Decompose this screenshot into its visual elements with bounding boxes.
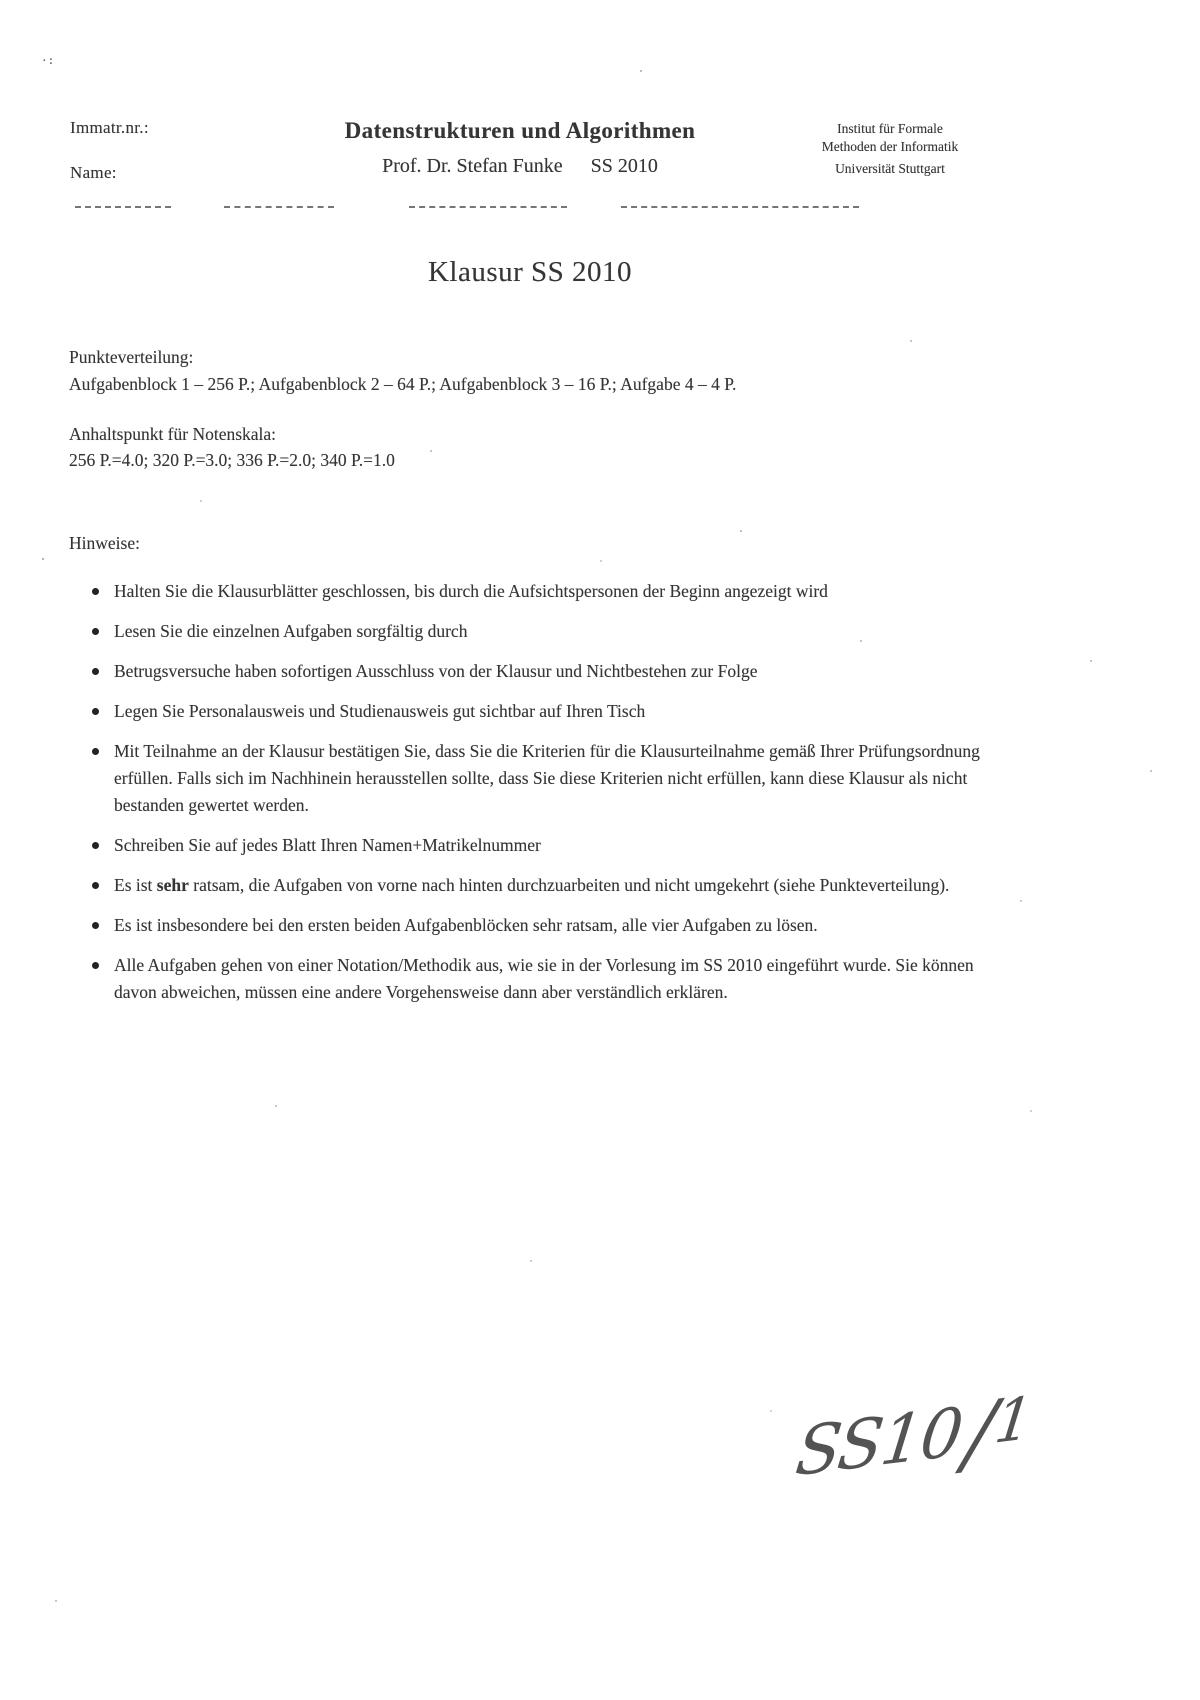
grading-scale-line: 256 P.=4.0; 320 P.=3.0; 336 P.=2.0; 340 … <box>69 447 869 473</box>
page-title: Klausur SS 2010 <box>0 256 1060 289</box>
separator-line-segment <box>621 206 859 208</box>
hints-list: Halten Sie die Klausurblätter geschlosse… <box>88 578 1010 1019</box>
hint-text: Schreiben Sie auf jedes Blatt Ihren Name… <box>114 835 541 855</box>
institute-line-1: Institut für Formale <box>780 120 1000 138</box>
institute-block: Institut für Formale Methoden der Inform… <box>780 120 1000 178</box>
hint-item: Betrugsversuche haben sofortigen Ausschl… <box>88 658 1010 685</box>
scanned-exam-page: ·: Immatr.nr.: Name: Datenstrukturen und… <box>0 0 1200 1700</box>
hint-text-post: ratsam, die Aufgaben von vorne nach hint… <box>189 875 950 895</box>
points-distribution-heading: Punkteverteilung: <box>69 344 193 370</box>
bullet-icon <box>92 922 99 929</box>
hint-item: Alle Aufgaben gehen von einer Notation/M… <box>88 952 1010 1006</box>
institute-line-3: Universität Stuttgart <box>780 160 1000 178</box>
course-subtitle: Prof. Dr. Stefan FunkeSS 2010 <box>280 155 760 178</box>
scan-artifact-mark: ·: <box>41 54 54 67</box>
hint-item: Schreiben Sie auf jedes Blatt Ihren Name… <box>88 832 1010 859</box>
bullet-icon <box>92 668 99 675</box>
institute-line-2: Methoden der Informatik <box>780 138 1000 156</box>
hint-item: Mit Teilnahme an der Klausur bestätigen … <box>88 738 1010 819</box>
hint-item: Halten Sie die Klausurblätter geschlosse… <box>88 578 1010 605</box>
hints-heading: Hinweise: <box>69 530 140 556</box>
handwritten-exam-mark: SS10/1 <box>790 1377 1037 1506</box>
hint-text: Es ist insbesondere bei den ersten beide… <box>114 915 818 935</box>
hint-text: Mit Teilnahme an der Klausur bestätigen … <box>114 741 980 815</box>
bullet-icon <box>92 708 99 715</box>
handwritten-main: SS10 <box>792 1393 966 1492</box>
hint-text-pre: Es ist <box>114 875 157 895</box>
course-header: Datenstrukturen und Algorithmen Prof. Dr… <box>280 118 760 178</box>
hint-text: Legen Sie Personalausweis und Studienaus… <box>114 701 645 721</box>
semester-label: SS 2010 <box>591 155 658 177</box>
name-label: Name: <box>70 163 117 183</box>
hint-text: Betrugsversuche haben sofortigen Ausschl… <box>114 661 757 681</box>
lecturer-name: Prof. Dr. Stefan Funke <box>382 155 563 177</box>
hint-item: Lesen Sie die einzelnen Aufgaben sorgfäl… <box>88 618 1010 645</box>
points-distribution-line: Aufgabenblock 1 – 256 P.; Aufgabenblock … <box>69 371 1069 397</box>
immatriculation-number-label: Immatr.nr.: <box>70 118 149 138</box>
hint-text-bold: sehr <box>157 875 189 895</box>
bullet-icon <box>92 882 99 889</box>
bullet-icon <box>92 628 99 635</box>
separator-line-segment <box>409 206 567 208</box>
hint-text: Es ist sehr ratsam, die Aufgaben von vor… <box>114 875 949 895</box>
separator-line-segment <box>224 206 334 208</box>
hint-item: Es ist insbesondere bei den ersten beide… <box>88 912 1010 939</box>
separator-line-segment <box>75 206 171 208</box>
hint-text: Alle Aufgaben gehen von einer Notation/M… <box>114 955 974 1002</box>
handwritten-sub: 1 <box>991 1383 1036 1457</box>
bullet-icon <box>92 748 99 755</box>
hint-item: Legen Sie Personalausweis und Studienaus… <box>88 698 1010 725</box>
bullet-icon <box>92 842 99 849</box>
hint-item: Es ist sehr ratsam, die Aufgaben von vor… <box>88 872 1010 899</box>
bullet-icon <box>92 588 99 595</box>
bullet-icon <box>92 962 99 969</box>
hint-text: Lesen Sie die einzelnen Aufgaben sorgfäl… <box>114 621 467 641</box>
grading-scale-heading: Anhaltspunkt für Notenskala: <box>69 421 276 447</box>
scan-noise-specks <box>42 558 44 560</box>
hint-text: Halten Sie die Klausurblätter geschlosse… <box>114 581 828 601</box>
course-title: Datenstrukturen und Algorithmen <box>280 118 760 144</box>
